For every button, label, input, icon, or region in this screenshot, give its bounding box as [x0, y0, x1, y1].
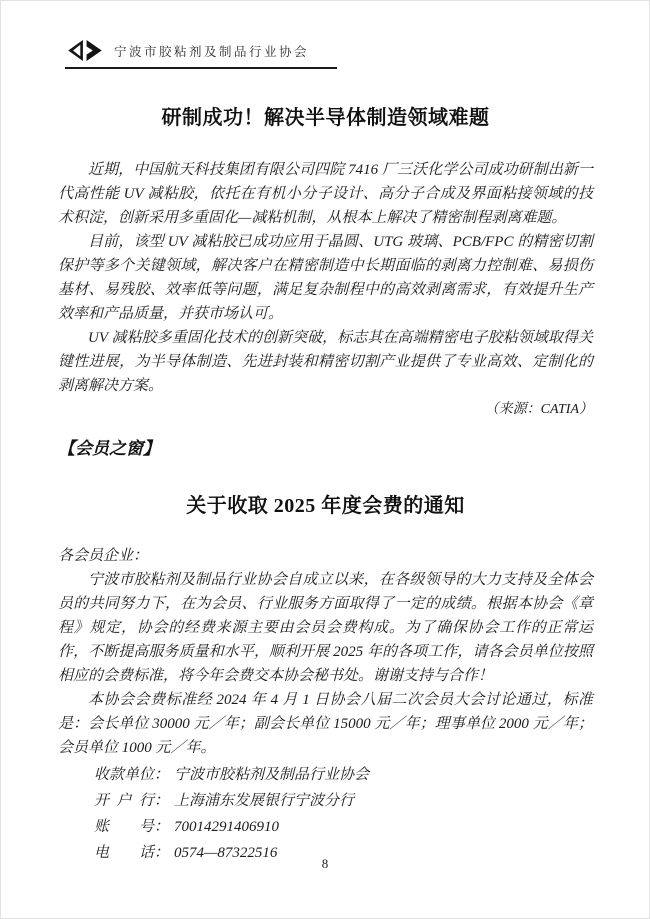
page-header: 宁波市胶粘剂及制品行业协会 [65, 39, 337, 69]
article2-salutation: 各会员企业： [58, 544, 593, 568]
payment-value: 上海浦东发展银行宁波分行 [169, 793, 354, 809]
payment-label: 账 号： [94, 819, 169, 835]
article1-paragraph-2: 目前，该型 UV 减粘胶已成功应用于晶圆、UTG 玻璃、PCB/FPC 的精密切… [58, 230, 593, 326]
payment-line-payee: 收款单位：宁波市胶粘剂及制品行业协会 [94, 762, 593, 788]
article1-title: 研制成功！解决半导体制造领域难题 [58, 101, 593, 130]
association-logo-icon [67, 39, 103, 62]
article1-paragraph-1: 近期，中国航天科技集团有限公司四院 7416 厂三沃化学公司成功研制出新一代高性… [58, 158, 593, 230]
article1-source: （来源：CATIA） [58, 398, 593, 422]
page-content: 研制成功！解决半导体制造领域难题 近期，中国航天科技集团有限公司四院 7416 … [58, 101, 593, 866]
payment-line-bank: 开 户 行：上海浦东发展银行宁波分行 [94, 788, 593, 814]
article1-paragraph-3: UV 减粘胶多重固化技术的创新突破，标志其在高端精密电子胶粘领域取得关键性进展，… [58, 326, 593, 398]
page-number: 8 [1, 856, 649, 872]
payment-line-account: 账 号：70014291406910 [94, 814, 593, 840]
payment-label: 开 户 行： [94, 793, 169, 809]
article2-paragraph-1: 宁波市胶粘剂及制品行业协会自成立以来，在各级领导的大力支持及全体会员的共同努力下… [58, 568, 593, 688]
document-page: 宁波市胶粘剂及制品行业协会 研制成功！解决半导体制造领域难题 近期，中国航天科技… [0, 0, 650, 919]
payment-value: 宁波市胶粘剂及制品行业协会 [169, 767, 369, 783]
section-header-members-window: 【会员之窗】 [58, 434, 593, 459]
article2-title: 关于收取 2025 年度会费的通知 [58, 489, 593, 518]
payment-label: 收款单位： [94, 767, 169, 783]
payment-value: 70014291406910 [169, 819, 279, 835]
payment-details: 收款单位：宁波市胶粘剂及制品行业协会 开 户 行：上海浦东发展银行宁波分行 账 … [94, 762, 593, 866]
article2-paragraph-2: 本协会会费标准经 2024 年 4 月 1 日协会八届二次会员大会讨论通过，标准… [58, 688, 593, 760]
org-name: 宁波市胶粘剂及制品行业协会 [114, 42, 309, 60]
